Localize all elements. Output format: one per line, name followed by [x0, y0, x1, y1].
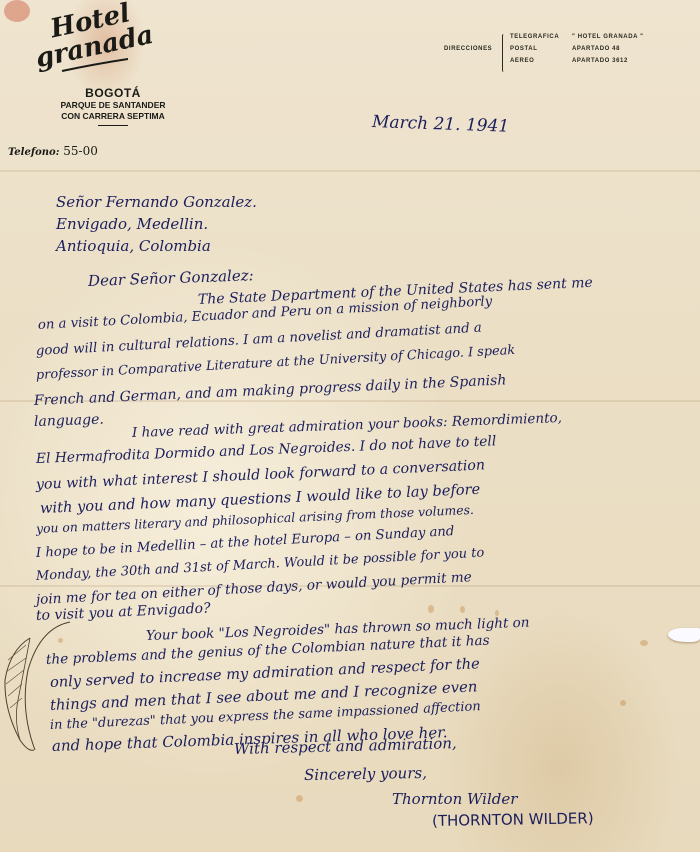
stain	[296, 795, 303, 802]
hotel-city: BOGOTÁ	[48, 86, 178, 100]
hotel-address: BOGOTÁ PARQUE DE SANTANDER CON CARRERA S…	[28, 86, 178, 126]
paper-crease	[0, 170, 700, 172]
direction-type: TELEGRAFICA	[510, 34, 559, 40]
letter-page: Hotel granada BOGOTÁ PARQUE DE SANTANDER…	[0, 0, 700, 852]
recipient-address-line: Antioquia, Colombia	[56, 237, 211, 255]
direction-row: POSTAL APARTADO 48	[510, 46, 700, 58]
closing-line: Sincerely yours,	[304, 764, 427, 784]
letter-line: I have read with great admiration your b…	[132, 410, 562, 441]
pencil-sketch-icon	[0, 610, 80, 760]
letter-date: March 21. 1941	[372, 112, 510, 137]
direction-value: APARTADO 48	[572, 46, 620, 52]
direction-type: AEREO	[510, 58, 534, 64]
logo-swoosh-icon	[60, 58, 130, 72]
phone-number: 55-00	[63, 144, 98, 158]
direction-type: POSTAL	[510, 46, 538, 52]
direction-row: AEREO APARTADO 3612	[510, 58, 700, 70]
stain	[428, 605, 434, 613]
directions-label: DIRECCIONES	[444, 46, 492, 52]
direction-row: TELEGRAFICA " HOTEL GRANADA "	[510, 34, 700, 46]
hotel-address-line2: CON CARRERA SEPTIMA	[48, 111, 178, 122]
salutation: Dear Señor Gonzalez:	[88, 266, 254, 290]
printed-name: (THORNTON WILDER)	[432, 809, 594, 830]
stain	[4, 0, 30, 22]
direction-value: " HOTEL GRANADA "	[572, 34, 644, 40]
stain	[640, 640, 648, 646]
divider	[98, 125, 128, 126]
letter-line: language.	[34, 412, 104, 430]
hotel-phone: Telefono: 55-00	[8, 144, 98, 158]
stain	[620, 700, 626, 706]
signature: Thornton Wilder	[392, 790, 517, 808]
brace-icon	[502, 34, 506, 72]
paper-tear	[668, 628, 700, 642]
direction-value: APARTADO 3612	[572, 58, 628, 64]
phone-label: Telefono:	[8, 147, 59, 158]
stain	[460, 606, 465, 613]
recipient-address-line: Señor Fernando Gonzalez.	[56, 193, 257, 211]
recipient-address-line: Envigado, Medellin.	[56, 215, 208, 233]
hotel-address-line1: PARQUE DE SANTANDER	[48, 100, 178, 111]
